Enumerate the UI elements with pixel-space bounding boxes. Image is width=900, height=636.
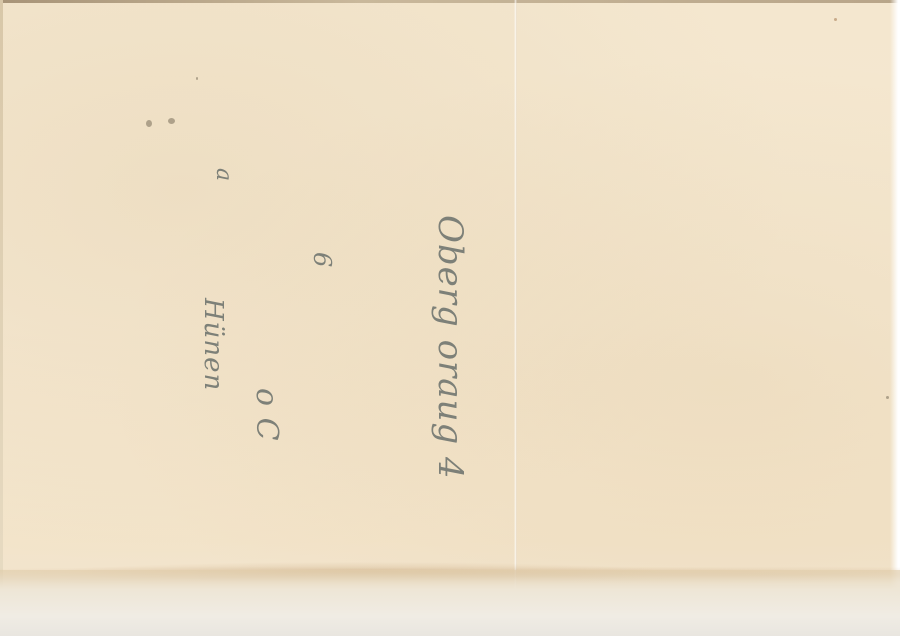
- paper-left-edge: [0, 0, 3, 636]
- paper-right-edge: [890, 0, 900, 636]
- ink-spot: [196, 77, 198, 80]
- handwritten-mark-b: 6: [308, 252, 336, 268]
- ink-spot: [168, 118, 175, 124]
- handwritten-main-word: Oberg oraug 4: [430, 215, 470, 480]
- ink-spot: [146, 120, 152, 127]
- handwritten-mark-a: a: [211, 168, 236, 182]
- paper-top-edge: [0, 0, 900, 3]
- torn-bottom-edge: [0, 570, 900, 636]
- handwritten-mark-c: o C: [249, 388, 284, 442]
- ink-spot: [834, 18, 837, 21]
- fold-line: [514, 0, 517, 600]
- handwritten-signature-word: Hünen: [198, 298, 228, 391]
- ink-spot: [886, 396, 889, 399]
